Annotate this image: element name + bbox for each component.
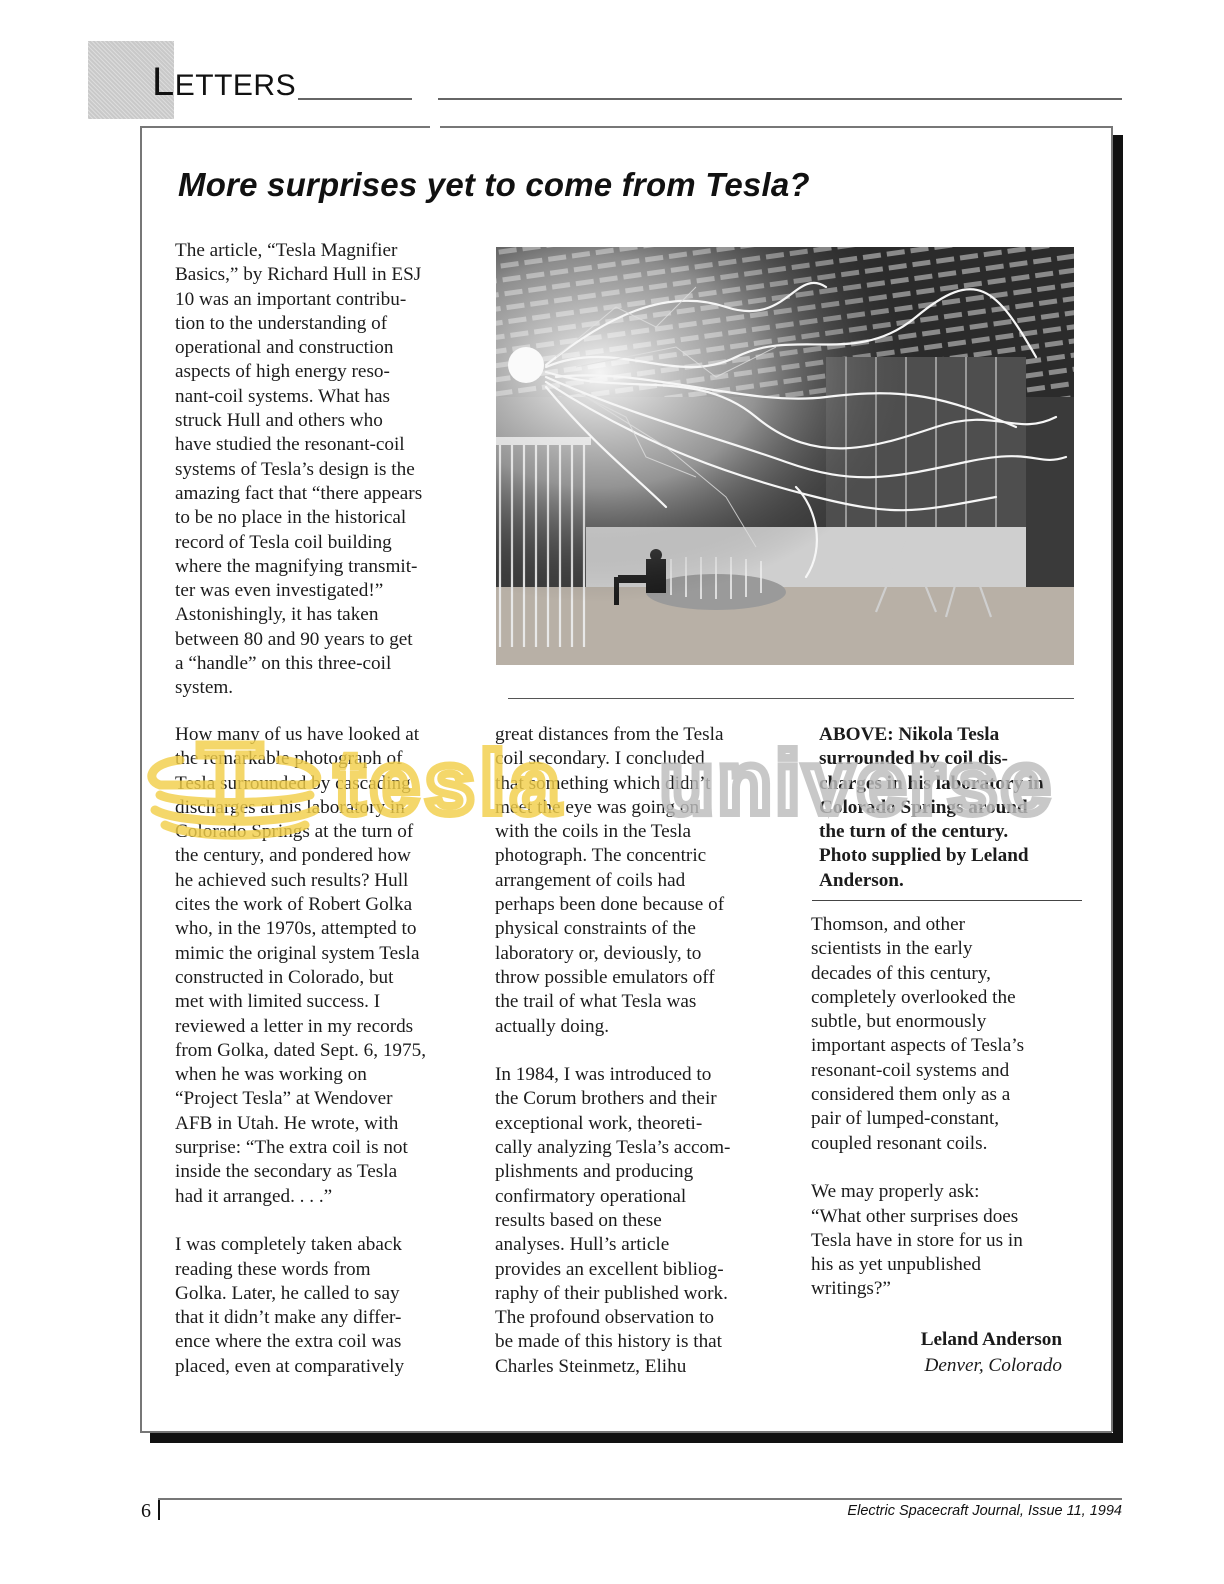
text-line: perhaps been done because of: [495, 893, 785, 917]
text-line: pair of lumped-constant,: [811, 1107, 1101, 1131]
text-line: laboratory or, deviously, to: [495, 942, 785, 966]
text-line: plishments and producing: [495, 1160, 785, 1184]
text-line: aspects of high energy reso-: [175, 360, 475, 384]
section-header-title: LETTERS: [152, 62, 296, 102]
text-line: where the magnifying transmit-: [175, 555, 475, 579]
text-line: resonant-coil systems and: [811, 1059, 1101, 1083]
text-line: actually doing.: [495, 1015, 785, 1039]
text-line: cally analyzing Tesla’s accom-: [495, 1136, 785, 1160]
article-column-1-top: The article, “Tesla MagnifierBasics,” by…: [175, 239, 475, 701]
text-line: meet the eye was going on: [495, 796, 785, 820]
text-line: with the coils in the Tesla: [495, 820, 785, 844]
text-line: constructed in Colorado, but: [175, 966, 475, 990]
text-line: exceptional work, theoreti-: [495, 1112, 785, 1136]
text-line: he achieved such results? Hull: [175, 869, 475, 893]
text-line: a “handle” on this three-coil: [175, 652, 475, 676]
publication-info: Electric Spacecraft Journal, Issue 11, 1…: [847, 1503, 1122, 1519]
text-line: AFB in Utah. He wrote, with: [175, 1112, 475, 1136]
text-line: physical constraints of the: [495, 917, 785, 941]
text-line: charges in his laboratory in: [819, 772, 1089, 796]
text-line: who, in the 1970s, attempted to: [175, 917, 475, 941]
text-line: mimic the original system Tesla: [175, 942, 475, 966]
text-line: that something which didn’t: [495, 772, 785, 796]
text-line: discharges at his laboratory in: [175, 796, 475, 820]
text-line: operational and construction: [175, 336, 475, 360]
text-line: ence where the extra coil was: [175, 1330, 475, 1354]
text-line: throw possible emulators off: [495, 966, 785, 990]
text-line: In 1984, I was introduced to: [495, 1063, 785, 1087]
text-line: reading these words from: [175, 1258, 475, 1282]
text-line: Thomson, and other: [811, 913, 1101, 937]
section-header-rest: ETTERS: [175, 69, 296, 102]
text-line: confirmatory operational: [495, 1185, 785, 1209]
text-line: Basics,” by Richard Hull in ESJ: [175, 263, 475, 287]
text-line: 10 was an important contribu-: [175, 288, 475, 312]
text-line: provides an excellent bibliog-: [495, 1258, 785, 1282]
text-line: “What other surprises does: [811, 1205, 1101, 1229]
text-line: cites the work of Robert Golka: [175, 893, 475, 917]
text-line: Charles Steinmetz, Elihu: [495, 1355, 785, 1379]
text-line: have studied the resonant-coil: [175, 433, 475, 457]
text-line: “Project Tesla” at Wendover: [175, 1087, 475, 1111]
text-line: the Corum brothers and their: [495, 1087, 785, 1111]
text-line: Anderson.: [819, 869, 1089, 893]
text-line: tion to the understanding of: [175, 312, 475, 336]
text-line: struck Hull and others who: [175, 409, 475, 433]
text-line: the century, and pondered how: [175, 844, 475, 868]
photo-illustration: [496, 247, 1074, 665]
text-line: amazing fact that “there appears: [175, 482, 475, 506]
text-line: great distances from the Tesla: [495, 723, 785, 747]
article-column-3: Thomson, and otherscientists in the earl…: [811, 913, 1101, 1302]
text-line: the remarkable photograph of: [175, 747, 475, 771]
text-line: important aspects of Tesla’s: [811, 1034, 1101, 1058]
text-line: systems of Tesla’s design is the: [175, 458, 475, 482]
author-name: Leland Anderson: [820, 1327, 1062, 1353]
text-line: inside the secondary as Tesla: [175, 1160, 475, 1184]
text-line: Tesla surrounded by cascading: [175, 772, 475, 796]
caption-divider-rule: [812, 900, 1082, 901]
text-line: record of Tesla coil building: [175, 531, 475, 555]
article-column-1-bottom: How many of us have looked atthe remarka…: [175, 723, 475, 1379]
text-line: from Golka, dated Sept. 6, 1975,: [175, 1039, 475, 1063]
text-line: Tesla have in store for us in: [811, 1229, 1101, 1253]
text-line: I was completely taken aback: [175, 1233, 475, 1257]
header-rule-short: [298, 98, 412, 100]
frame-border-top-left: [140, 126, 430, 128]
photo-divider-rule: [508, 698, 1074, 699]
text-line: arrangement of coils had: [495, 869, 785, 893]
text-line: placed, even at comparatively: [175, 1355, 475, 1379]
text-line: decades of this century,: [811, 962, 1101, 986]
paragraph-gap: [811, 1156, 1101, 1180]
text-line: the turn of the century.: [819, 820, 1089, 844]
footer-tick: [158, 1498, 160, 1520]
text-line: surprise: “The extra coil is not: [175, 1136, 475, 1160]
frame-shadow-right: [1113, 135, 1123, 1443]
text-line: The profound observation to: [495, 1306, 785, 1330]
paragraph-gap: [175, 1209, 475, 1233]
article-title: More surprises yet to come from Tesla?: [178, 166, 810, 204]
text-line: system.: [175, 676, 475, 700]
text-line: Astonishingly, it has taken: [175, 603, 475, 627]
text-line: that it didn’t make any differ-: [175, 1306, 475, 1330]
footer-rule: [158, 1498, 1122, 1500]
text-line: when he was working on: [175, 1063, 475, 1087]
text-line: reviewed a letter in my records: [175, 1015, 475, 1039]
text-line: nant-coil systems. What has: [175, 385, 475, 409]
text-line: Golka. Later, he called to say: [175, 1282, 475, 1306]
text-line: We may properly ask:: [811, 1180, 1101, 1204]
text-line: subtle, but enormously: [811, 1010, 1101, 1034]
text-line: had it arranged. . . .”: [175, 1185, 475, 1209]
text-line: between 80 and 90 years to get: [175, 628, 475, 652]
text-line: coupled resonant coils.: [811, 1132, 1101, 1156]
text-line: ter was even investigated!”: [175, 579, 475, 603]
text-line: Colorado Springs around: [819, 796, 1089, 820]
frame-shadow-bottom: [150, 1433, 1123, 1443]
author-location: Denver, Colorado: [820, 1353, 1062, 1379]
text-line: completely overlooked the: [811, 986, 1101, 1010]
text-line: ABOVE: Nikola Tesla: [819, 723, 1089, 747]
text-line: photograph. The concentric: [495, 844, 785, 868]
text-line: his as yet unpublished: [811, 1253, 1101, 1277]
text-line: How many of us have looked at: [175, 723, 475, 747]
text-line: Colorado Springs at the turn of: [175, 820, 475, 844]
text-line: writings?”: [811, 1277, 1101, 1301]
text-line: coil secondary. I concluded: [495, 747, 785, 771]
page-number: 6: [141, 1500, 151, 1523]
frame-border-top-right: [440, 126, 1112, 128]
text-line: analyses. Hull’s article: [495, 1233, 785, 1257]
header-rule-long: [438, 98, 1122, 100]
signature-block: Leland Anderson Denver, Colorado: [820, 1327, 1062, 1379]
text-line: considered them only as a: [811, 1083, 1101, 1107]
text-line: the trail of what Tesla was: [495, 990, 785, 1014]
text-line: be made of this history is that: [495, 1330, 785, 1354]
text-line: raphy of their published work.: [495, 1282, 785, 1306]
text-line: surrounded by coil dis-: [819, 747, 1089, 771]
text-line: met with limited success. I: [175, 990, 475, 1014]
text-line: results based on these: [495, 1209, 785, 1233]
text-line: The article, “Tesla Magnifier: [175, 239, 475, 263]
section-header-initial: L: [152, 60, 175, 104]
text-line: to be no place in the historical: [175, 506, 475, 530]
text-line: scientists in the early: [811, 937, 1101, 961]
tesla-lab-photo: [496, 247, 1074, 665]
frame-border-left: [140, 126, 142, 1432]
article-column-2: great distances from the Teslacoil secon…: [495, 723, 785, 1379]
text-line: Photo supplied by Leland: [819, 844, 1089, 868]
paragraph-gap: [495, 1039, 785, 1063]
photo-caption: ABOVE: Nikola Teslasurrounded by coil di…: [819, 723, 1089, 893]
